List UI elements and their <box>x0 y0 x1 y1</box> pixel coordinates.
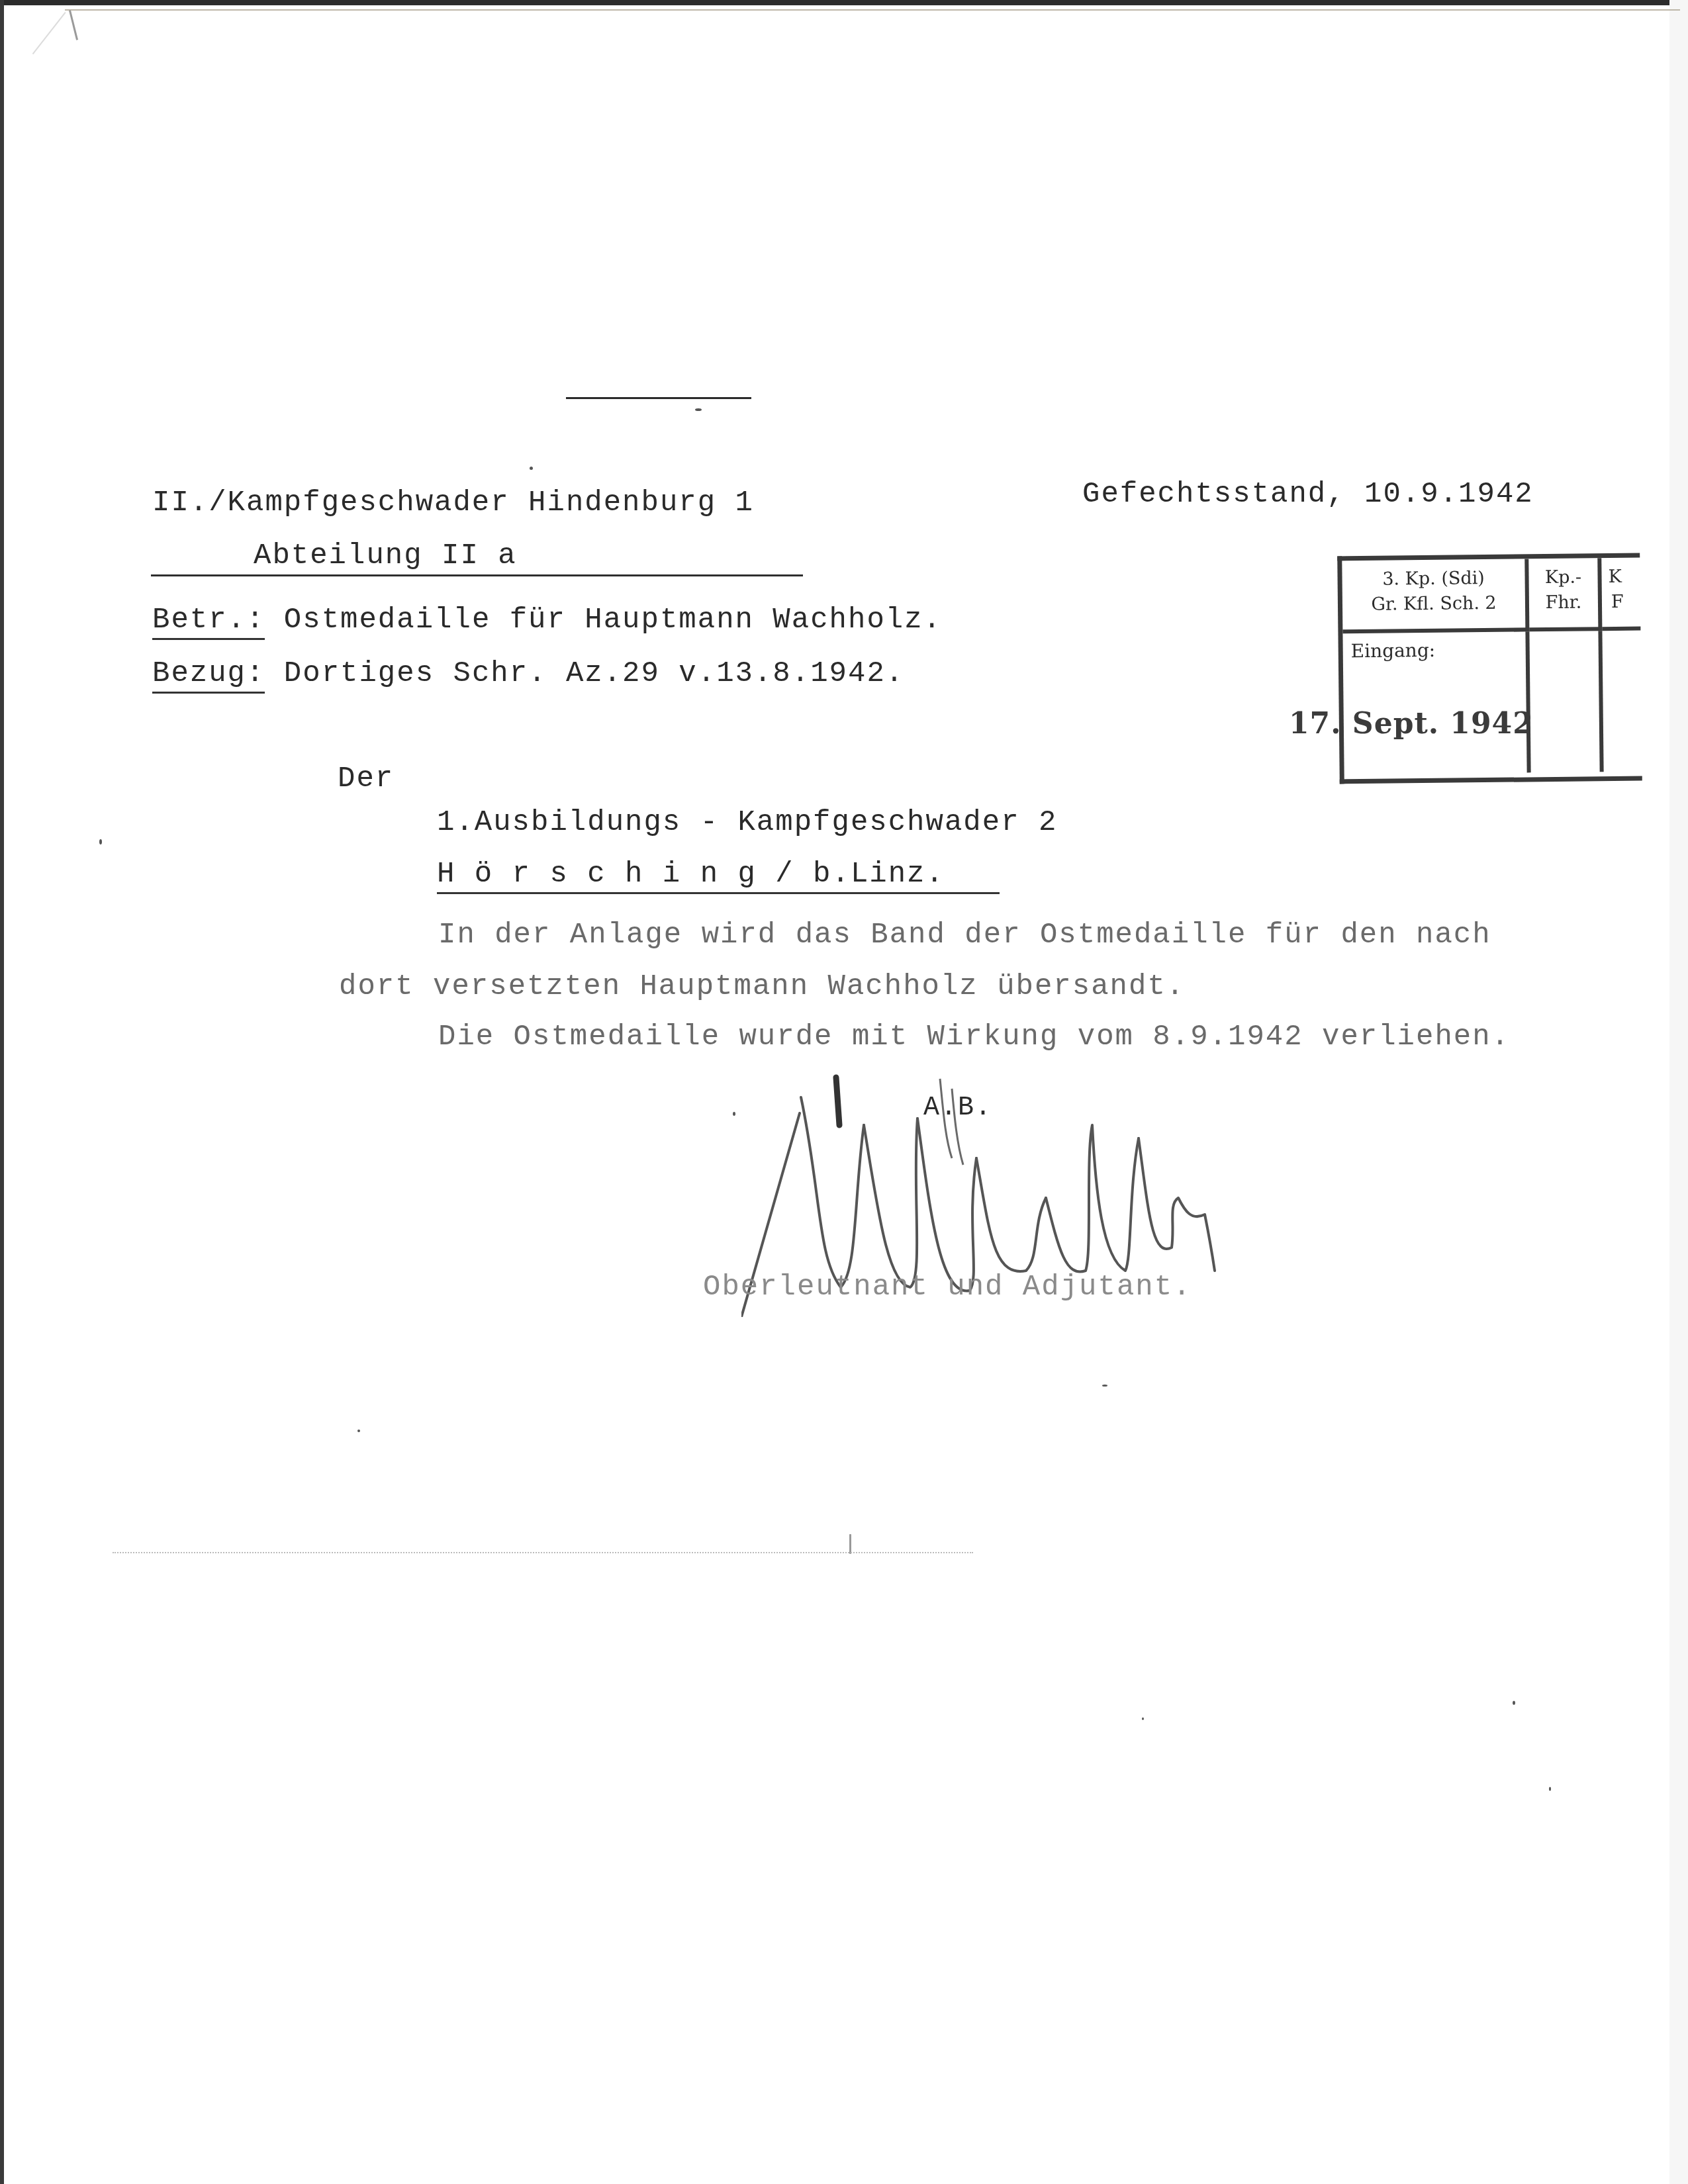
addressee-location: H ö r s c h i n g / b.Linz. <box>437 858 945 891</box>
reference-label: Bezug: <box>152 657 265 694</box>
scan-dotted-line <box>113 1552 973 1555</box>
subject-text: Ostmedaille für Hauptmann Wachholz. <box>284 604 942 637</box>
paper-top-edge <box>65 9 1680 11</box>
scan-border-left <box>0 0 4 2184</box>
scan-speck <box>99 839 102 844</box>
reference-line: Bezug: Dortiges Schr. Az.29 v.13.8.1942. <box>152 657 904 690</box>
addressee-location-underline <box>437 892 1000 894</box>
addressee-article: Der <box>338 762 394 796</box>
stamp-col3-cell: K F <box>1601 558 1640 631</box>
stamp-leader-cell: Kp.- Fhr. <box>1528 558 1602 631</box>
subject-label: Betr.: <box>152 604 265 640</box>
department: Abteilung II a <box>254 539 517 572</box>
stamp-col2-line2: Fhr. <box>1529 590 1598 615</box>
receipt-stamp: 3. Kp. (Sdi) Gr. Kfl. Sch. 2 Kp.- Fhr. K… <box>1337 553 1642 784</box>
corner-fold-mark-faint <box>32 12 66 54</box>
scan-speck <box>1142 1717 1144 1720</box>
body-line-1: In der Anlage wird das Band der Ostmedai… <box>438 919 1491 952</box>
scan-speck <box>733 1112 735 1116</box>
scan-speck <box>357 1430 360 1432</box>
stamp-received-date: 17. Sept. 1942 <box>1289 707 1534 741</box>
scan-edge-right <box>1669 0 1688 2184</box>
stamp-col3-line2: F <box>1602 590 1640 615</box>
stamp-col3-line1: K <box>1601 565 1640 590</box>
reference-text: Dortiges Schr. Az.29 v.13.8.1942. <box>284 657 904 690</box>
signatory-title: Oberleutnant und Adjutant. <box>703 1271 1192 1304</box>
scan-speck <box>530 467 533 470</box>
scan-border-top <box>0 0 1688 5</box>
header-underline <box>151 574 803 576</box>
stamp-empty-cell <box>1529 631 1603 772</box>
scan-speck <box>695 408 702 411</box>
stamp-unit-cell: 3. Kp. (Sdi) Gr. Kfl. Sch. 2 <box>1342 559 1529 633</box>
scan-speck <box>1102 1385 1107 1387</box>
stamp-received-label: Eingang: <box>1351 639 1436 662</box>
stamp-empty-cell-2 <box>1602 631 1642 772</box>
addressee-unit: 1.Ausbildungs - Kampfgeschwader 2 <box>437 806 1057 839</box>
corner-fold-mark <box>69 10 78 40</box>
body-line-2: dort versetzten Hauptmann Wachholz übers… <box>339 970 1185 1003</box>
place-date: Gefechtsstand, 10.9.1942 <box>1082 478 1534 511</box>
body-line-3: Die Ostmedaille wurde mit Wirkung vom 8.… <box>438 1021 1510 1054</box>
subject-line: Betr.: Ostmedaille für Hauptmann Wachhol… <box>152 604 942 637</box>
scan-speck <box>849 1534 851 1554</box>
stamp-unit-line1: 3. Kp. (Sdi) <box>1342 565 1524 592</box>
stamp-col2-line1: Kp.- <box>1528 565 1597 590</box>
stamp-received-cell: Eingang: <box>1342 631 1530 774</box>
top-separator-rule <box>566 397 751 399</box>
scan-speck <box>1513 1701 1515 1705</box>
stamp-unit-line2: Gr. Kfl. Sch. 2 <box>1342 590 1525 617</box>
scan-speck <box>1549 1787 1551 1791</box>
sender-unit: II./Kampfgeschwader Hindenburg 1 <box>152 486 754 520</box>
